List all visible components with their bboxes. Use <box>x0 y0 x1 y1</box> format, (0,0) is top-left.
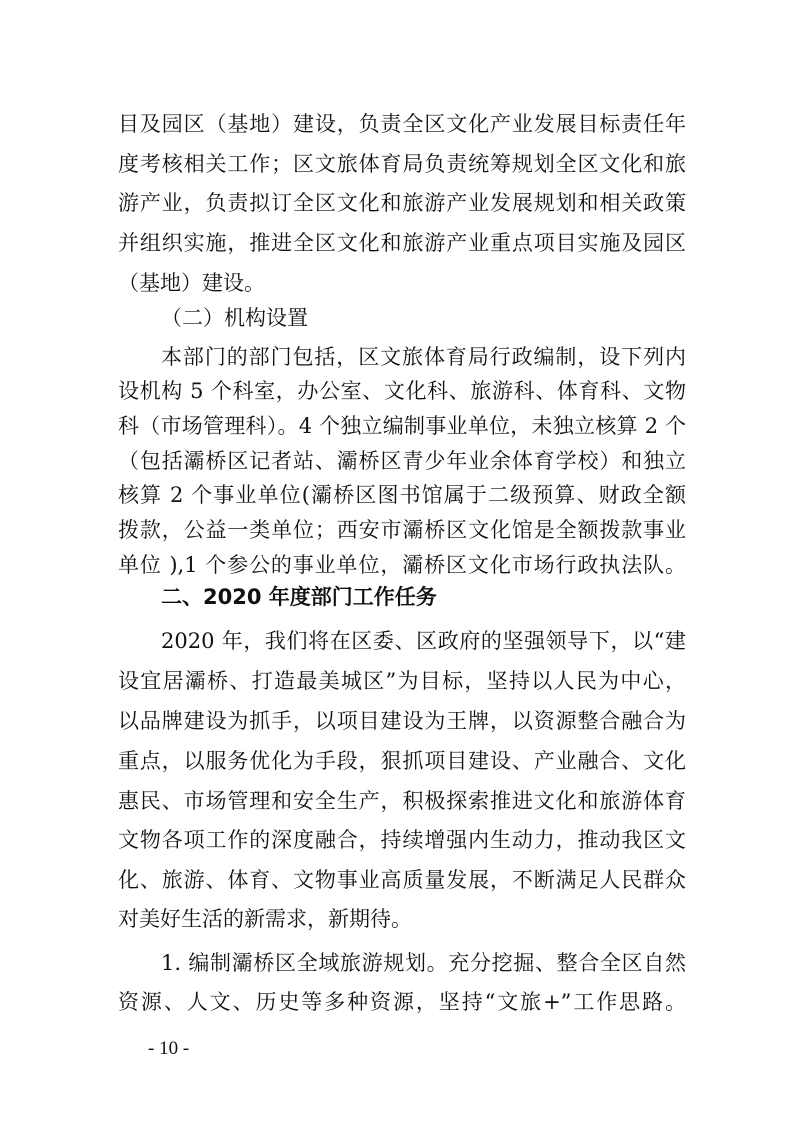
body-text-line: 重点，以服务优化为手段，狠抓项目建设、产业融合、文化 <box>118 748 686 774</box>
body-text-line: 科（市场管理科）。4 个独立编制事业单位，未独立核算 2 个 <box>118 413 686 439</box>
body-text-line: 1. 编制灞桥区全域旅游规划。充分挖掘、整合全区自然 <box>161 950 686 976</box>
body-text-line: 文物各项工作的深度融合，持续增强内生动力，推动我区文 <box>118 827 686 853</box>
body-text-line: 目及园区（基地）建设，负责全区文化产业发展目标责任年 <box>118 111 686 137</box>
body-text-line: 拨款，公益一类单位；西安市灞桥区文化馆是全额拨款事业 <box>118 517 686 543</box>
section-subheading: （二）机构设置 <box>161 305 686 331</box>
body-text-line: 并组织实施，推进全区文化和旅游产业重点项目实施及园区 <box>118 230 686 256</box>
body-text-line: 游产业，负责拟订全区文化和旅游产业发展规划和相关政策 <box>118 190 686 216</box>
body-text-line: （包括灞桥区记者站、灞桥区青少年业余体育学校）和独立 <box>118 448 686 474</box>
body-text-line: 对美好生活的新需求，新期待。 <box>118 906 686 932</box>
body-text-line: 核算 2 个事业单位(灞桥区图书馆属于二级预算、财政全额 <box>118 482 686 508</box>
body-text-line: 惠民、市场管理和安全生产，积极探索推进文化和旅游体育 <box>118 788 686 814</box>
body-text-line: 化、旅游、体育、文物事业高质量发展，不断满足人民群众 <box>118 867 686 893</box>
body-text-line: （基地）建设。 <box>118 270 686 296</box>
body-text-line: 本部门的部门包括，区文旅体育局行政编制，设下列内 <box>161 344 686 370</box>
body-text-line: 2020 年，我们将在区委、区政府的坚强领导下，以“建 <box>161 628 686 654</box>
body-text-line: 单位 ),1 个参公的事业单位，灞桥区文化市场行政执法队。 <box>118 552 686 578</box>
body-text-line: 度考核相关工作；区文旅体育局负责统筹规划全区文化和旅 <box>118 151 686 177</box>
body-text-line: 设宜居灞桥、打造最美城区”为目标，坚持以人民为中心， <box>118 668 686 694</box>
body-text-line: 以品牌建设为抓手，以项目建设为王牌，以资源整合融合为 <box>118 708 686 734</box>
section-heading: 二、2020 年度部门工作任务 <box>161 584 437 610</box>
document-page: 目及园区（基地）建设，负责全区文化产业发展目标责任年 度考核相关工作；区文旅体育… <box>0 0 793 1122</box>
body-text-line: 资源、人文、历史等多种资源，坚持“文旅+”工作思路。 <box>118 989 686 1015</box>
page-number: - 10 - <box>148 1037 189 1061</box>
body-text-line: 设机构 5 个科室，办公室、文化科、旅游科、体育科、文物 <box>118 378 686 404</box>
